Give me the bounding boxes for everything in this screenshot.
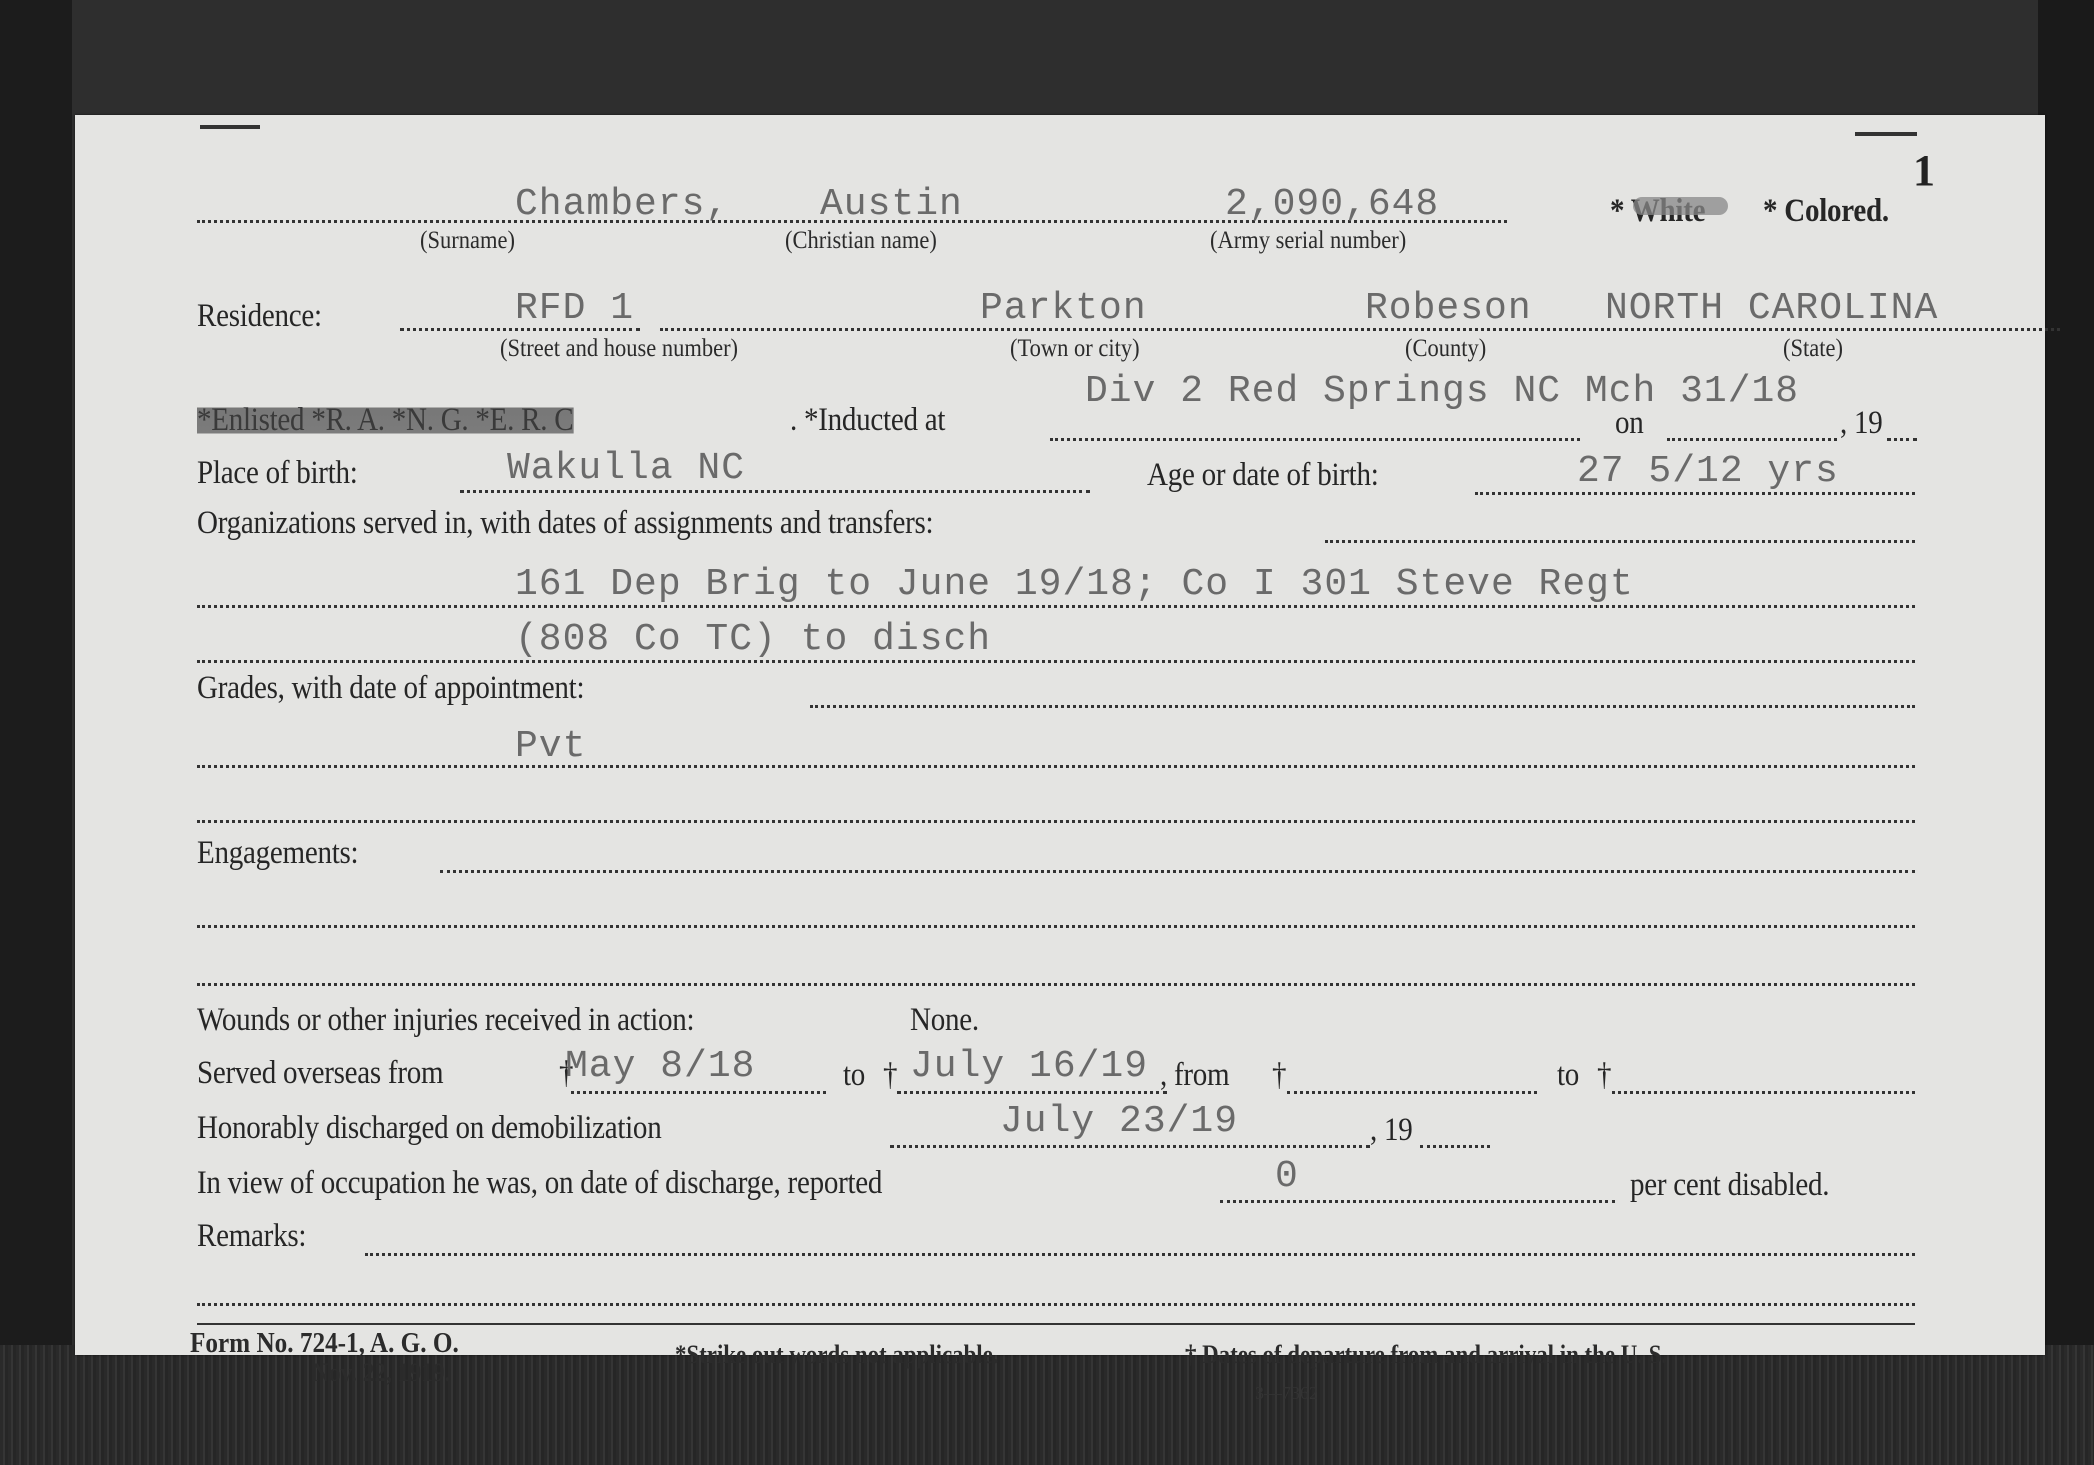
age-label: Age or date of birth: — [1147, 457, 1379, 494]
dates-footnote: † Dates of departure from and arrival in… — [1185, 1340, 1667, 1370]
overseas-to-value: July 16/19 — [910, 1045, 1148, 1088]
place-of-birth-line — [460, 490, 1090, 493]
overseas-from-line — [571, 1091, 826, 1094]
top-left-mark — [200, 125, 260, 129]
county-value: Robeson — [1365, 287, 1532, 330]
grade-entry-1: Pvt — [515, 725, 586, 768]
service-record-card: 1 Chambers, Austin 2,090,648 (Surname) (… — [75, 115, 2045, 1355]
age-value: 27 5/12 yrs — [1577, 450, 1839, 493]
place-of-birth-label: Place of birth: — [197, 455, 358, 492]
induction-year-line — [1887, 438, 1917, 441]
grades-label: Grades, with date of appointment: — [197, 670, 584, 707]
grades-line-0 — [810, 705, 1915, 708]
surname-label: (Surname) — [420, 227, 515, 255]
disability-line — [1220, 1200, 1615, 1203]
wounds-label: Wounds or other injuries received in act… — [197, 1002, 694, 1039]
strike-out-footnote: *Strike out words not applicable. — [675, 1340, 999, 1370]
race-colored-option: * Colored. — [1763, 193, 1889, 230]
christian-name-label: (Christian name) — [785, 227, 937, 255]
organizations-line-2 — [197, 660, 1915, 663]
residence-label: Residence: — [197, 298, 322, 335]
overseas-from2-label: , from — [1160, 1057, 1229, 1094]
engagements-label: Engagements: — [197, 835, 358, 872]
town-value: Parkton — [980, 287, 1147, 330]
served-overseas-label: Served overseas from — [197, 1055, 443, 1092]
wounds-value: None. — [910, 1002, 979, 1039]
serial-number-label: (Army serial number) — [1210, 227, 1406, 255]
on-date-line — [1667, 438, 1837, 441]
form-number: Form No. 724-1, A. G. O. — [190, 1328, 459, 1360]
organizations-line-0 — [1325, 540, 1915, 543]
grades-line-1 — [197, 765, 1915, 768]
print-code: 3—7362 — [1255, 1383, 1318, 1404]
disability-percent-value: 0 — [1275, 1155, 1299, 1198]
overseas-to2-label: to — [1557, 1057, 1579, 1094]
disability-label: In view of occupation he was, on date of… — [197, 1165, 882, 1202]
town-label: (Town or city) — [1010, 335, 1140, 363]
disability-suffix: per cent disabled. — [1630, 1167, 1829, 1204]
surname-value: Chambers, — [515, 183, 729, 226]
on-label: on — [1615, 405, 1644, 442]
dagger-mark: † — [1272, 1057, 1286, 1094]
serial-number-value: 2,090,648 — [1225, 183, 1439, 226]
street-value: RFD 1 — [515, 287, 634, 330]
engagements-line-1 — [197, 925, 1915, 928]
street-label: (Street and house number) — [500, 335, 738, 363]
organization-entry-1: 161 Dep Brig to June 19/18; Co I 301 Ste… — [515, 563, 1634, 606]
card-number: 1 — [1913, 145, 1935, 196]
discharge-year-label: , 19 — [1370, 1112, 1413, 1149]
overseas-to2-line — [1612, 1091, 1915, 1094]
scan-border-left — [0, 0, 72, 1465]
engagements-line-0 — [440, 870, 1915, 873]
christian-name-value: Austin — [820, 183, 963, 226]
footer-rule — [197, 1323, 1915, 1325]
inducted-at-line — [1050, 438, 1580, 441]
top-right-mark — [1855, 132, 1917, 136]
overseas-to-line — [897, 1091, 1167, 1094]
form-date: Nov. 22, 1919. — [312, 1358, 450, 1388]
place-of-birth-value: Wakulla NC — [507, 447, 745, 490]
dagger-mark: † — [883, 1057, 897, 1094]
induction-year-label: , 19 — [1840, 405, 1883, 442]
overseas-from2-line — [1287, 1091, 1537, 1094]
county-label: (County) — [1405, 335, 1486, 363]
organization-entry-2: (808 Co TC) to disch — [515, 618, 991, 661]
discharge-date-value: July 23/19 — [1000, 1100, 1238, 1143]
dagger-mark: † — [1597, 1057, 1611, 1094]
remarks-label: Remarks: — [197, 1218, 306, 1255]
scan-border-right — [2038, 0, 2094, 1465]
inducted-at-value: Div 2 Red Springs NC Mch 31/18 — [1085, 370, 1799, 413]
inducted-at-label: . *Inducted at — [790, 402, 945, 439]
strikeout-mark — [1633, 197, 1728, 215]
discharge-year-line — [1420, 1145, 1490, 1148]
discharge-label: Honorably discharged on demobilization — [197, 1110, 661, 1147]
enlistment-options-struck: *Enlisted *R. A. *N. G. *E. R. C — [197, 402, 573, 439]
remarks-line-1 — [197, 1303, 1915, 1306]
overseas-to-label: to — [843, 1057, 865, 1094]
state-value: NORTH CAROLINA — [1605, 287, 1938, 330]
organizations-label: Organizations served in, with dates of a… — [197, 505, 933, 542]
overseas-from-value: May 8/18 — [565, 1045, 755, 1088]
grades-line-2 — [197, 820, 1915, 823]
remarks-line-0 — [365, 1253, 1915, 1256]
engagements-line-2 — [197, 983, 1915, 986]
discharge-date-line — [890, 1145, 1370, 1148]
state-label: (State) — [1783, 335, 1843, 363]
